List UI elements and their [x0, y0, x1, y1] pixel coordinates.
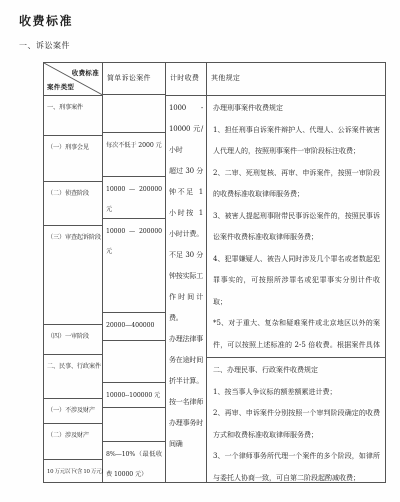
hourly-rounding-rule: 超过 30 分钟不足 1 小时按 1 小时计费。不足 30 分钟按实际工作时间计… — [169, 161, 203, 329]
simple-fee-prosecution-review: 10000 — 200000 元 — [103, 219, 165, 313]
criminal-rules-heading: 办理刑事案件收费规定 — [213, 98, 380, 120]
simple-fee-no-property: 10000--100000 元 — [103, 383, 165, 408]
civil-rule-item: 3、一个律师事务所代理一个案件的多个阶段，如律所与委托人协商一致，可自第二阶段起… — [213, 446, 380, 482]
civil-rules-heading: 二、办理民事、行政案件收费规定 — [213, 360, 380, 382]
case-type-criminal: 一、刑事案件 — [44, 96, 102, 137]
simple-fee-criminal — [103, 95, 165, 134]
case-type-civil-admin: 二、民事、行政案件 — [44, 355, 102, 399]
other-rules-criminal-cell: 办理刑事案件收费规定 1、担任刑事自诉案件辩护人、代理人、公诉案件被害人代理人的… — [207, 96, 385, 358]
civil-rule-item: 2、再审、申诉案件分别按照一个审判阶段确定的收费方式和收费标准收取律师服务费； — [213, 403, 380, 446]
corner-label-fee-standard: 收费标准 — [72, 68, 99, 77]
section-heading: 一、诉讼案件 — [19, 40, 70, 51]
header-other-rules: 其他规定 — [207, 63, 385, 96]
simple-fee-criminal-meeting: 每次不低于 2000 元 — [103, 133, 165, 176]
case-type-no-property: （一）不涉及财产 — [44, 399, 102, 425]
case-type-first-instance: （四）一审阶段 — [44, 325, 102, 355]
simple-fee-investigation: 10000 — 200000 元 — [103, 177, 165, 219]
criminal-rule-item: 3、被害人提起刑事附带民事诉讼案件的，按照民事诉讼案件收费标准收取律师服务费； — [213, 206, 380, 249]
column-other-rules: 其他规定 办理刑事案件收费规定 1、担任刑事自诉案件辩护人、代理人、公诉案件被害… — [207, 63, 385, 482]
criminal-rule-item: 1、担任刑事自诉案件辩护人、代理人、公诉案件被害人代理人的，按照刑事案件一审阶段… — [213, 120, 380, 163]
criminal-rule-item: *5、对于重大、复杂和疑难案件或北京地区以外的案件，可以按照上述标准的 2-5 … — [213, 313, 380, 358]
column-case-type: 收费标准 案件类型 一、刑事案件 （一）刑事会见 （二）侦查阶段 （三）审查起诉… — [44, 63, 103, 482]
corner-label-case-type: 案件类型 — [47, 82, 74, 91]
header-hourly-fee: 计时收费 — [166, 63, 206, 96]
doc-title: 收费标准 — [19, 12, 73, 29]
case-type-criminal-meeting: （一）刑事会见 — [44, 136, 102, 182]
simple-fee-civil-admin — [103, 341, 165, 382]
simple-fee-with-property — [103, 408, 165, 442]
simple-fee-first-instance: 20000—400000 元 — [103, 313, 165, 341]
civil-rule-item: 1、按当事人争议标的额差额累进计费； — [213, 382, 380, 404]
hourly-lawyer-time-rule: 按一名律师办理事务时间确 — [169, 392, 203, 455]
column-hourly-fee: 计时收费 1000 - 10000 元/小时 超过 30 分钟不足 1 小时按 … — [166, 63, 207, 482]
column-simple-fee: 简单诉讼案件 每次不低于 2000 元 10000 — 200000 元 100… — [103, 63, 166, 482]
case-type-with-property: （二）涉及财产 — [44, 424, 102, 460]
hourly-rate-text: 1000 - 10000 元/小时 — [169, 98, 203, 161]
corner-header-cell: 收费标准 案件类型 — [44, 63, 102, 96]
case-type-investigation: （二）侦查阶段 — [44, 182, 102, 227]
case-type-prosecution-review: （三）审查起诉阶段 — [44, 226, 102, 325]
criminal-rule-item: 2、二审、死刑复核、再审、申诉案件，按照一审阶段的收费标准收取律师服务费； — [213, 163, 380, 206]
criminal-rule-item: 4、犯罪嫌疑人、被告人同时涉及几个罪名或者数起犯罪事实的，可按照所涉罪名或犯罪事… — [213, 249, 380, 314]
fee-table: 收费标准 案件类型 一、刑事案件 （一）刑事会见 （二）侦查阶段 （三）审查起诉… — [43, 62, 386, 483]
hourly-transit-rule: 办理法律事务在途时间折半计算。 — [169, 329, 203, 392]
case-type-under-100k: 10 万元以下(含 10 万元) — [44, 460, 102, 482]
simple-fee-under-100k: 8%—10%（最低收费 10000 元） — [103, 442, 165, 482]
document-page: 收费标准 一、诉讼案件 收费标准 案件类型 一、刑事案件 （一）刑事会见 （二）… — [0, 0, 400, 502]
other-rules-civil-cell: 二、办理民事、行政案件收费规定 1、按当事人争议标的额差额累进计费； 2、再审、… — [207, 358, 385, 482]
header-simple-litigation: 简单诉讼案件 — [103, 63, 165, 95]
hourly-fee-cell: 1000 - 10000 元/小时 超过 30 分钟不足 1 小时按 1 小时计… — [166, 96, 206, 482]
